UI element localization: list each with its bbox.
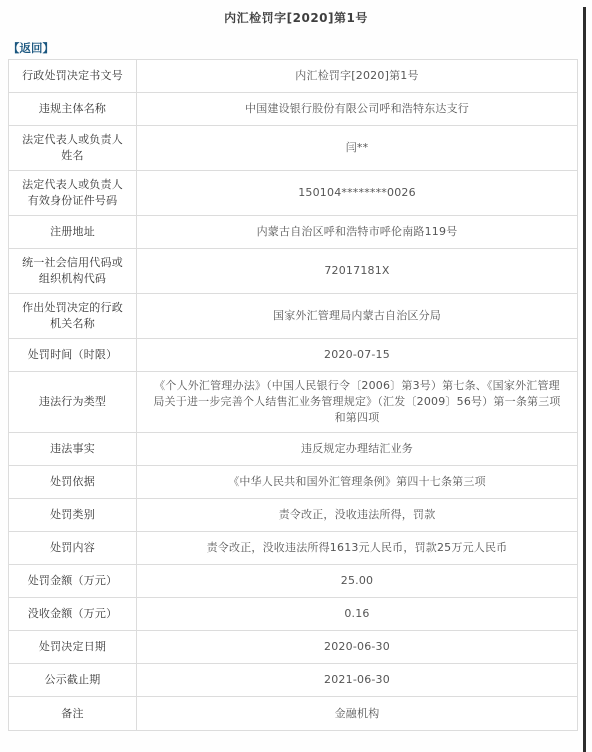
field-value: 150104********0026 (137, 171, 577, 215)
field-label: 处罚决定日期 (9, 631, 137, 663)
back-link[interactable]: 【返回】 (8, 41, 54, 55)
field-label: 处罚类别 (9, 499, 137, 531)
field-label: 处罚内容 (9, 532, 137, 564)
field-label: 处罚金额（万元） (9, 565, 137, 597)
field-label: 法定代表人或负责人有效身份证件号码 (9, 171, 137, 215)
field-value: 违反规定办理结汇业务 (137, 433, 577, 465)
table-row: 处罚金额（万元） 25.00 (9, 565, 577, 598)
field-label: 统一社会信用代码或组织机构代码 (9, 249, 137, 293)
table-row: 处罚时间（时限） 2020-07-15 (9, 339, 577, 372)
table-row: 法定代表人或负责人有效身份证件号码 150104********0026 (9, 171, 577, 216)
table-row: 注册地址 内蒙古自治区呼和浩特市呼伦南路119号 (9, 216, 577, 249)
field-value: 内蒙古自治区呼和浩特市呼伦南路119号 (137, 216, 577, 248)
field-value: 《个人外汇管理办法》（中国人民银行令〔2006〕第3号）第七条、《国家外汇管理局… (137, 372, 577, 432)
back-link-row: 【返回】 (8, 37, 592, 56)
table-row: 公示截止期 2021-06-30 (9, 664, 577, 697)
field-label: 处罚依据 (9, 466, 137, 498)
table-row: 法定代表人或负责人姓名 闫** (9, 126, 577, 171)
field-label: 作出处罚决定的行政机关名称 (9, 294, 137, 338)
field-value: 2020-06-30 (137, 631, 577, 663)
scrollbar[interactable] (583, 7, 586, 752)
field-value: 内汇检罚字[2020]第1号 (137, 60, 577, 92)
field-value: 国家外汇管理局内蒙古自治区分局 (137, 294, 577, 338)
field-value: 0.16 (137, 598, 577, 630)
table-row: 处罚内容 责令改正，没收违法所得1613元人民币，罚款25万元人民币 (9, 532, 577, 565)
table-row: 违法行为类型 《个人外汇管理办法》（中国人民银行令〔2006〕第3号）第七条、《… (9, 372, 577, 433)
field-value: 责令改正，没收违法所得，罚款 (137, 499, 577, 531)
field-value: 2020-07-15 (137, 339, 577, 371)
table-row: 没收金额（万元） 0.16 (9, 598, 577, 631)
table-row: 处罚依据 《中华人民共和国外汇管理条例》第四十七条第三项 (9, 466, 577, 499)
field-label: 违规主体名称 (9, 93, 137, 125)
field-value: 25.00 (137, 565, 577, 597)
field-value: 金融机构 (137, 697, 577, 730)
field-label: 违法行为类型 (9, 372, 137, 432)
table-row: 违规主体名称 中国建设银行股份有限公司呼和浩特东达支行 (9, 93, 577, 126)
field-value: 2021-06-30 (137, 664, 577, 696)
field-label: 违法事实 (9, 433, 137, 465)
field-value: 中国建设银行股份有限公司呼和浩特东达支行 (137, 93, 577, 125)
field-label: 公示截止期 (9, 664, 137, 696)
table-row: 行政处罚决定书文号 内汇检罚字[2020]第1号 (9, 60, 577, 93)
table-row: 处罚决定日期 2020-06-30 (9, 631, 577, 664)
field-value: 《中华人民共和国外汇管理条例》第四十七条第三项 (137, 466, 577, 498)
table-row: 违法事实 违反规定办理结汇业务 (9, 433, 577, 466)
table-row: 备注 金融机构 (9, 697, 577, 730)
field-label: 没收金额（万元） (9, 598, 137, 630)
field-value: 72017181X (137, 249, 577, 293)
table-row: 处罚类别 责令改正，没收违法所得，罚款 (9, 499, 577, 532)
field-label: 注册地址 (9, 216, 137, 248)
table-row: 作出处罚决定的行政机关名称 国家外汇管理局内蒙古自治区分局 (9, 294, 577, 339)
field-label: 法定代表人或负责人姓名 (9, 126, 137, 170)
field-label: 备注 (9, 697, 137, 730)
penalty-table: 行政处罚决定书文号 内汇检罚字[2020]第1号 违规主体名称 中国建设银行股份… (8, 59, 578, 731)
field-value: 闫** (137, 126, 577, 170)
field-value: 责令改正，没收违法所得1613元人民币，罚款25万元人民币 (137, 532, 577, 564)
field-label: 处罚时间（时限） (9, 339, 137, 371)
field-label: 行政处罚决定书文号 (9, 60, 137, 92)
page-title: 内汇检罚字[2020]第1号 (0, 0, 592, 26)
table-row: 统一社会信用代码或组织机构代码 72017181X (9, 249, 577, 294)
